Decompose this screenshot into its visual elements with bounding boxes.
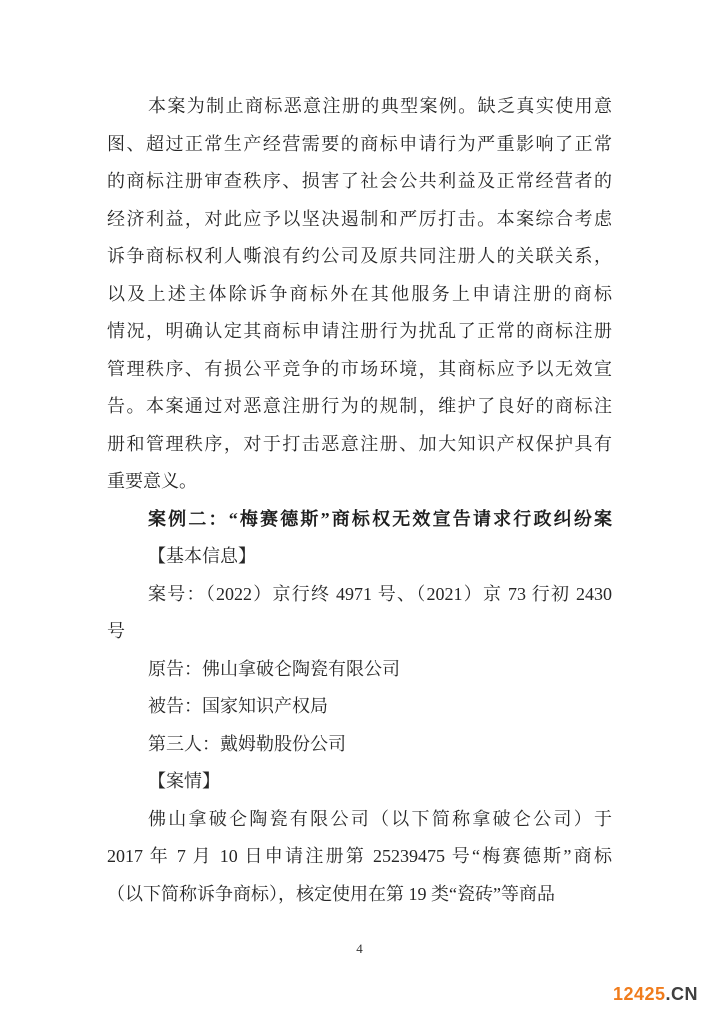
- text-line: 号: [107, 613, 612, 651]
- text-line: 本案为制止商标恶意注册的典型案例。缺乏真实使用意: [107, 88, 612, 126]
- text-line: 佛山拿破仑陶瓷有限公司（以下简称拿破仑公司）于: [107, 801, 612, 839]
- text-line: 2017 年 7 月 10 日申请注册第 25239475 号“梅赛德斯”商标: [107, 838, 612, 876]
- text-line: 管理秩序、有损公平竞争的市场环境，其商标应予以无效宣: [107, 351, 612, 389]
- text-line: 原告：佛山拿破仑陶瓷有限公司: [107, 651, 612, 689]
- text-line: 被告：国家知识产权局: [107, 688, 612, 726]
- text-line: 经济利益，对此应予以坚决遏制和严厉打击。本案综合考虑: [107, 201, 612, 239]
- text-line: 重要意义。: [107, 463, 612, 501]
- text-line: 诉争商标权利人嘶浪有约公司及原共同注册人的关联关系，: [107, 238, 612, 276]
- watermark-site-name: 12425: [613, 984, 666, 1004]
- text-line: 册和管理秩序，对于打击恶意注册、加大知识产权保护具有: [107, 426, 612, 464]
- text-line: 告。本案通过对恶意注册行为的规制，维护了良好的商标注: [107, 388, 612, 426]
- text-line: 案号：（2022）京行终 4971 号、（2021）京 73 行初 2430: [107, 576, 612, 614]
- text-line: （以下简称诉争商标），核定使用在第 19 类“瓷砖”等商品: [107, 876, 612, 914]
- text-line: 图、超过正常生产经营需要的商标申请行为严重影响了正常: [107, 126, 612, 164]
- document-page: 本案为制止商标恶意注册的典型案例。缺乏真实使用意图、超过正常生产经营需要的商标申…: [0, 0, 720, 1018]
- watermark: 12425.CN: [613, 984, 698, 1005]
- text-line: 第三人：戴姆勒股份公司: [107, 726, 612, 764]
- text-line: 【基本信息】: [107, 538, 612, 576]
- text-line: 以及上述主体除诉争商标外在其他服务上申请注册的商标: [107, 276, 612, 314]
- document-lines: 本案为制止商标恶意注册的典型案例。缺乏真实使用意图、超过正常生产经营需要的商标申…: [107, 88, 612, 913]
- text-line: 的商标注册审查秩序、损害了社会公共利益及正常经营者的: [107, 163, 612, 201]
- watermark-tld: .CN: [666, 984, 699, 1004]
- text-line: 案例二：“梅赛德斯”商标权无效宣告请求行政纠纷案: [107, 501, 612, 539]
- text-line: 情况，明确认定其商标申请注册行为扰乱了正常的商标注册: [107, 313, 612, 351]
- text-line: 【案情】: [107, 763, 612, 801]
- page-number: 4: [107, 941, 612, 957]
